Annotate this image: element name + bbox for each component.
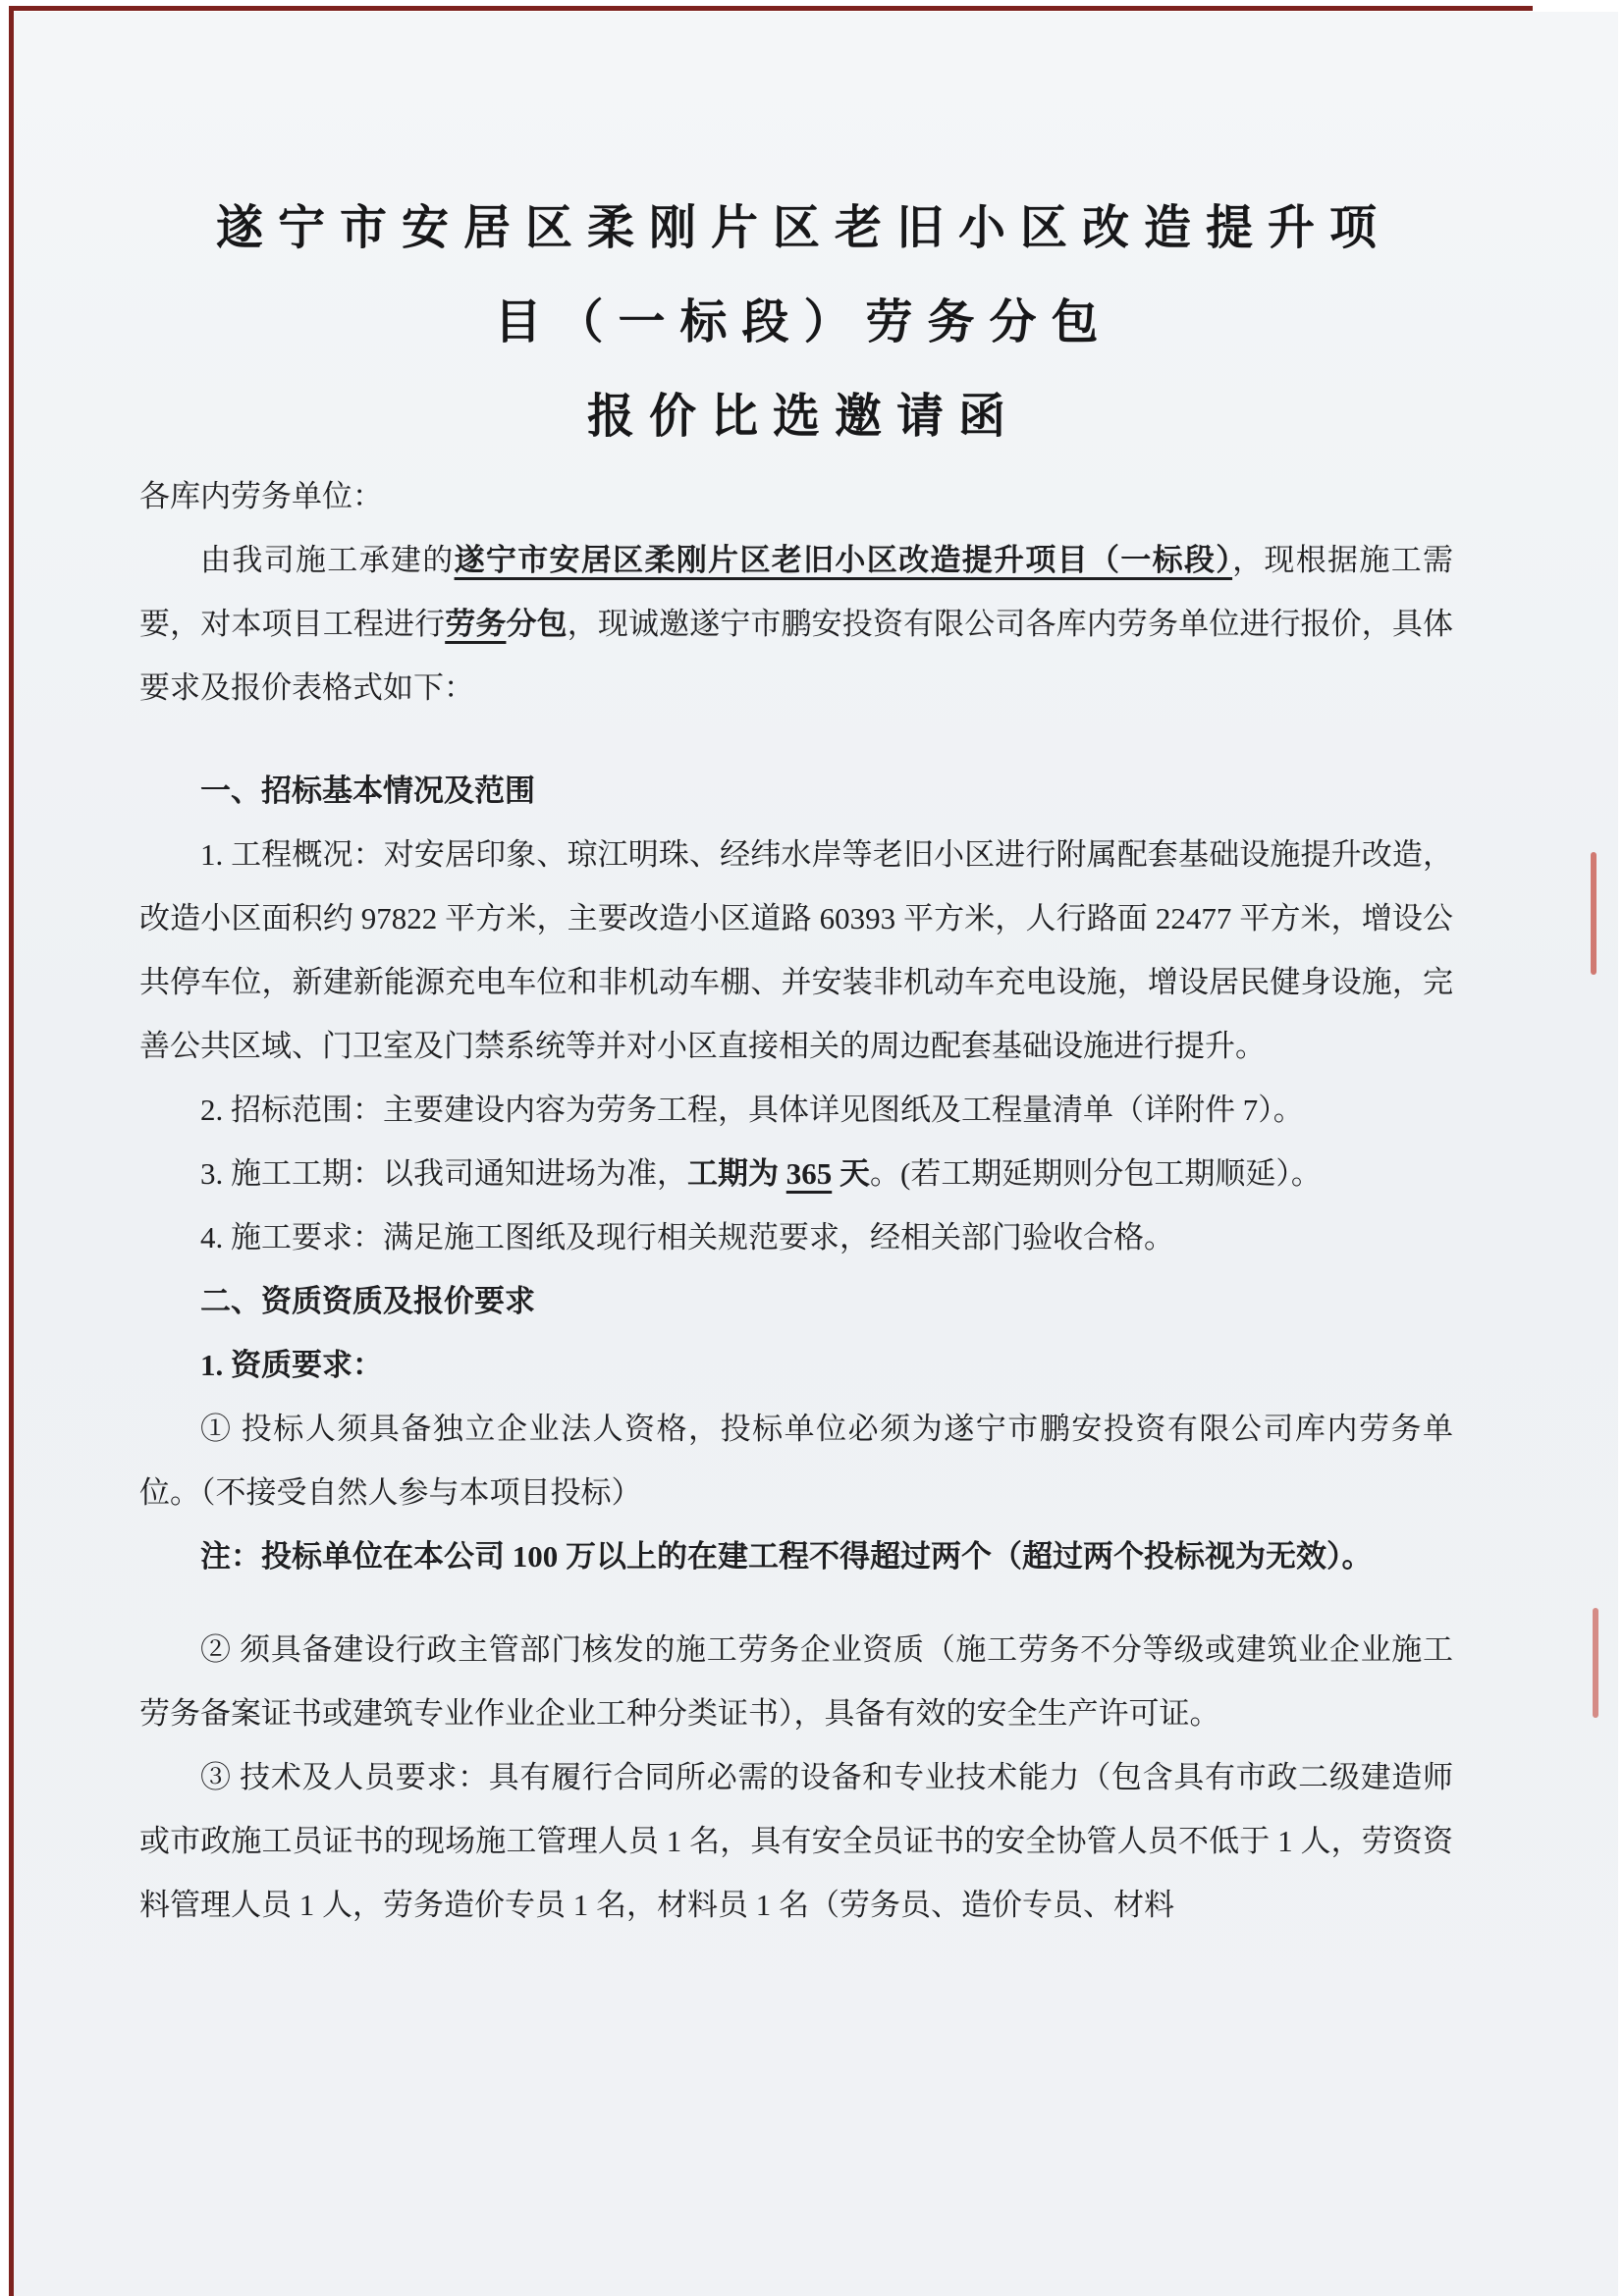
section1-heading: 一、招标基本情况及范围 [139, 759, 1453, 823]
labor-subcontract-underlined: 劳务 [445, 607, 506, 641]
section1-item2: 2. 招标范围：主要建设内容为劳务工程，具体详见图纸及工程量清单（详附件 7）。 [139, 1078, 1453, 1142]
labor-subcontract-rest: 分包 [506, 607, 567, 641]
section2-item-circle2: ② 须具备建设行政主管部门核发的施工劳务企业资质（施工劳务不分等级或建筑业企业施… [139, 1618, 1453, 1745]
item3-duration-label: 工期为 [687, 1156, 786, 1191]
item3-pre: 3. 施工工期：以我司通知进场为准， [200, 1156, 687, 1191]
title-line-3: 报价比选邀请函 [139, 370, 1453, 464]
intro-pre: 由我司施工承建的 [200, 543, 455, 577]
document-body: 遂宁市安居区柔刚片区老旧小区改造提升项 目（一标段）劳务分包 报价比选邀请函 各… [139, 182, 1453, 1937]
salutation: 各库内劳务单位： [139, 464, 1453, 528]
item3-days-value: 365 [786, 1156, 833, 1191]
section2-item-circle1: ① 投标人须具备独立企业法人资格，投标单位必须为遂宁市鹏安投资有限公司库内劳务单… [139, 1397, 1453, 1524]
project-name: 遂宁市安居区柔刚片区老旧小区改造提升项目（一标段） [455, 543, 1233, 577]
item3-post: 。(若工期延期则分包工期顺延）。 [870, 1156, 1322, 1191]
scan-red-mark-upper [1591, 852, 1597, 975]
section1-item1: 1. 工程概况：对安居印象、琼江明珠、经纬水岸等老旧小区进行附属配套基础设施提升… [139, 823, 1453, 1078]
scan-edge-line-left [9, 6, 14, 2296]
title-line-2: 目（一标段）劳务分包 [139, 276, 1453, 370]
section2-heading: 二、资质资质及报价要求 [139, 1269, 1453, 1333]
title-line-1: 遂宁市安居区柔刚片区老旧小区改造提升项 [139, 182, 1453, 276]
section1-item4: 4. 施工要求：满足施工图纸及现行相关规范要求，经相关部门验收合格。 [139, 1205, 1453, 1269]
section2-note: 注：投标单位在本公司 100 万以上的在建工程不得超过两个（超过两个投标视为无效… [139, 1524, 1453, 1588]
intro-paragraph: 由我司施工承建的遂宁市安居区柔刚片区老旧小区改造提升项目（一标段），现根据施工需… [139, 528, 1453, 720]
scan-red-mark-lower [1593, 1608, 1598, 1718]
section2-sub-heading: 1. 资质要求： [139, 1333, 1453, 1397]
scan-edge-line-top [9, 6, 1533, 11]
section1-item3: 3. 施工工期：以我司通知进场为准，工期为 365 天。(若工期延期则分包工期顺… [139, 1142, 1453, 1205]
section2-item-circle3: ③ 技术及人员要求：具有履行合同所必需的设备和专业技术能力（包含具有市政二级建造… [139, 1745, 1453, 1937]
item3-days-unit: 天 [832, 1156, 870, 1191]
document-title: 遂宁市安居区柔刚片区老旧小区改造提升项 目（一标段）劳务分包 报价比选邀请函 [139, 182, 1453, 464]
